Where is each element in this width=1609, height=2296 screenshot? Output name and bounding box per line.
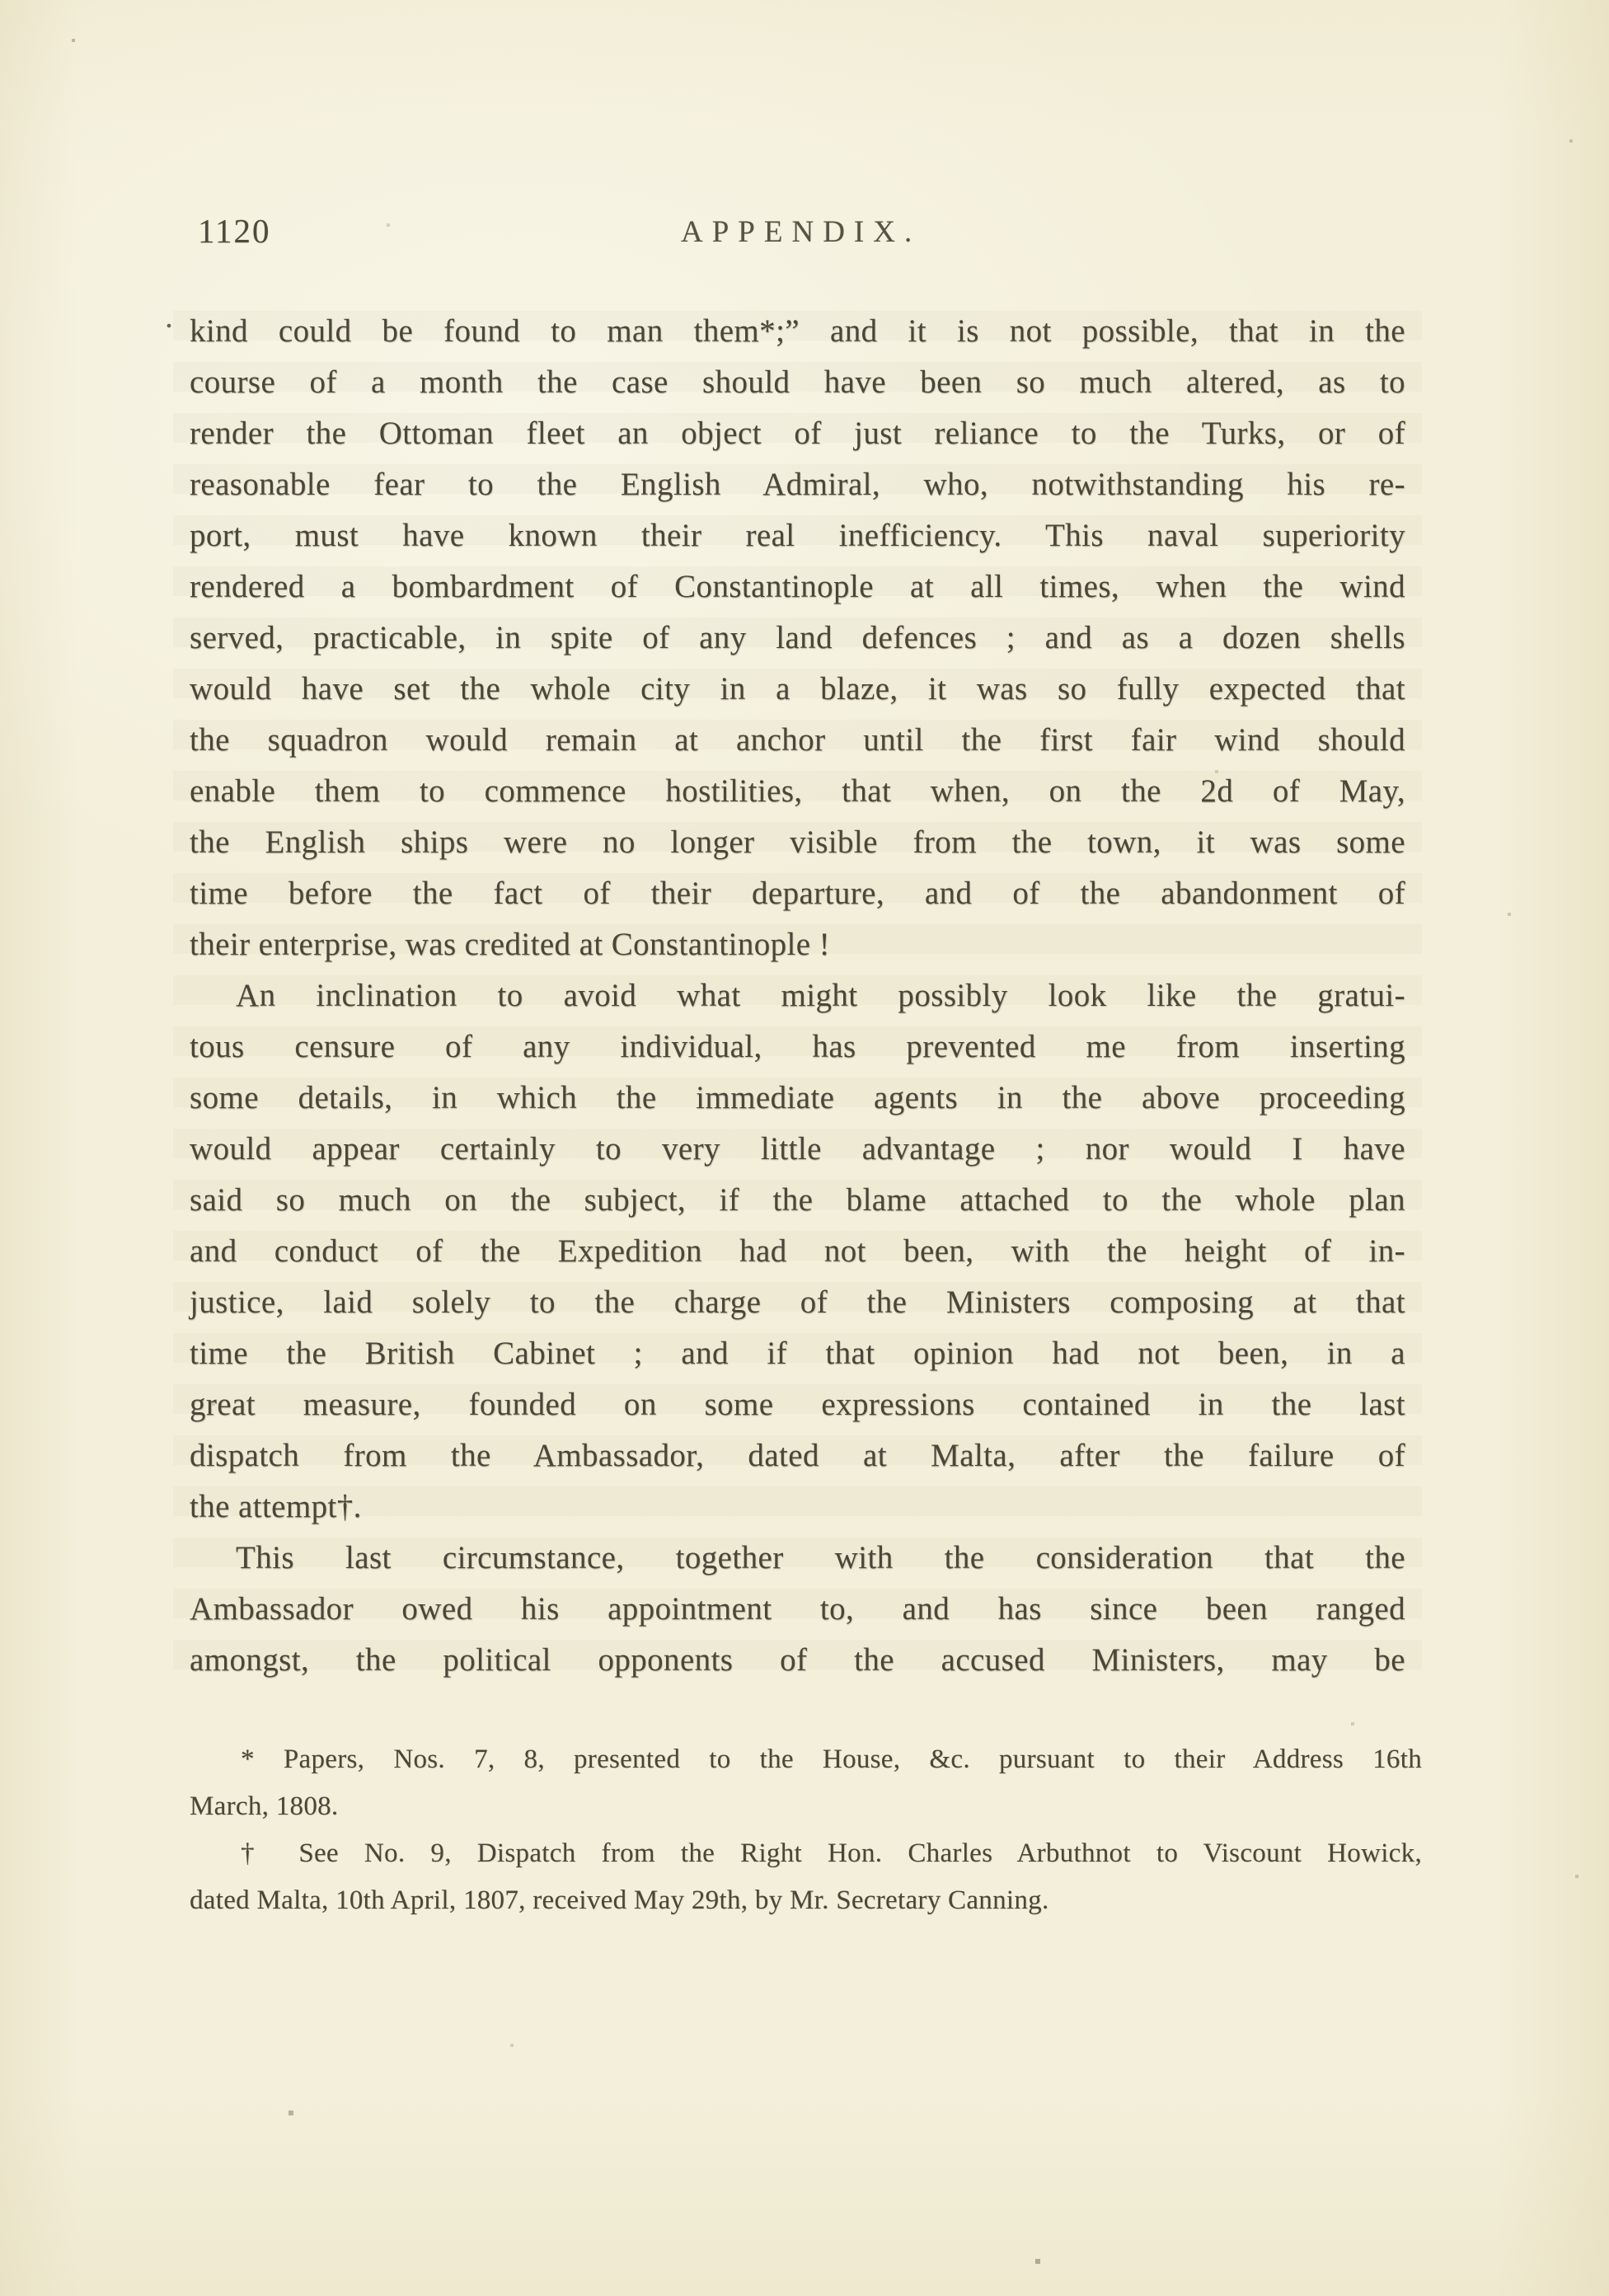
text-line: An inclination to avoid what might possi… — [190, 970, 1405, 1021]
text-line: port, must have known their real ineffic… — [190, 510, 1405, 561]
text-line: and conduct of the Expedition had not be… — [190, 1226, 1405, 1277]
text-line: dispatch from the Ambassador, dated at M… — [190, 1430, 1405, 1481]
text-line: reasonable fear to the English Admiral, … — [190, 459, 1405, 510]
footnote-line: * Papers, Nos. 7, 8, presented to the Ho… — [190, 1736, 1422, 1783]
text-line: time the British Cabinet ; and if that o… — [190, 1328, 1405, 1379]
scanned-book-page: 1120 APPENDIX. . kind could be found to … — [0, 0, 1609, 2296]
text-line: justice, laid solely to the charge of th… — [190, 1277, 1405, 1328]
text-line: enable them to commence hostilities, tha… — [190, 766, 1405, 817]
text-line: time before the fact of their departure,… — [190, 868, 1405, 919]
text-line: tous censure of any individual, has prev… — [190, 1021, 1405, 1073]
text-line: said so much on the subject, if the blam… — [190, 1175, 1405, 1226]
paper-specks — [0, 0, 2, 2]
text-line: rendered a bombardment of Constantinople… — [190, 561, 1405, 613]
stray-ink-dot: . — [165, 297, 173, 336]
text-line: kind could be found to man them*;” and i… — [190, 306, 1405, 357]
text-line: great measure, founded on some expressio… — [190, 1379, 1405, 1430]
text-line: This last circumstance, together with th… — [190, 1533, 1405, 1584]
running-title: APPENDIX. — [681, 214, 921, 250]
text-line: served, practicable, in spite of any lan… — [190, 613, 1405, 664]
body-text: kind could be found to man them*;” and i… — [190, 306, 1405, 1686]
footnote-line: dated Malta, 10th April, 1807, received … — [190, 1877, 1422, 1924]
text-line: would appear certainly to very little ad… — [190, 1124, 1405, 1175]
footnote-line: † See No. 9, Dispatch from the Right Hon… — [190, 1830, 1422, 1877]
text-line: Ambassador owed his appointment to, and … — [190, 1584, 1405, 1635]
text-line: amongst, the political opponents of the … — [190, 1635, 1405, 1686]
footnote-line: March, 1808. — [190, 1783, 1422, 1830]
text-line: the attempt†. — [190, 1481, 1405, 1533]
text-line: course of a month the case should have b… — [190, 357, 1405, 408]
text-line: their enterprise, was credited at Consta… — [190, 919, 1405, 970]
text-line: would have set the whole city in a blaze… — [190, 664, 1405, 715]
page-number: 1120 — [198, 211, 270, 251]
footnotes: * Papers, Nos. 7, 8, presented to the Ho… — [190, 1736, 1422, 1924]
text-line: the squadron would remain at anchor unti… — [190, 715, 1405, 766]
text-line: render the Ottoman fleet an object of ju… — [190, 408, 1405, 459]
text-line: the English ships were no longer visible… — [190, 817, 1405, 868]
text-line: some details, in which the immediate age… — [190, 1073, 1405, 1124]
